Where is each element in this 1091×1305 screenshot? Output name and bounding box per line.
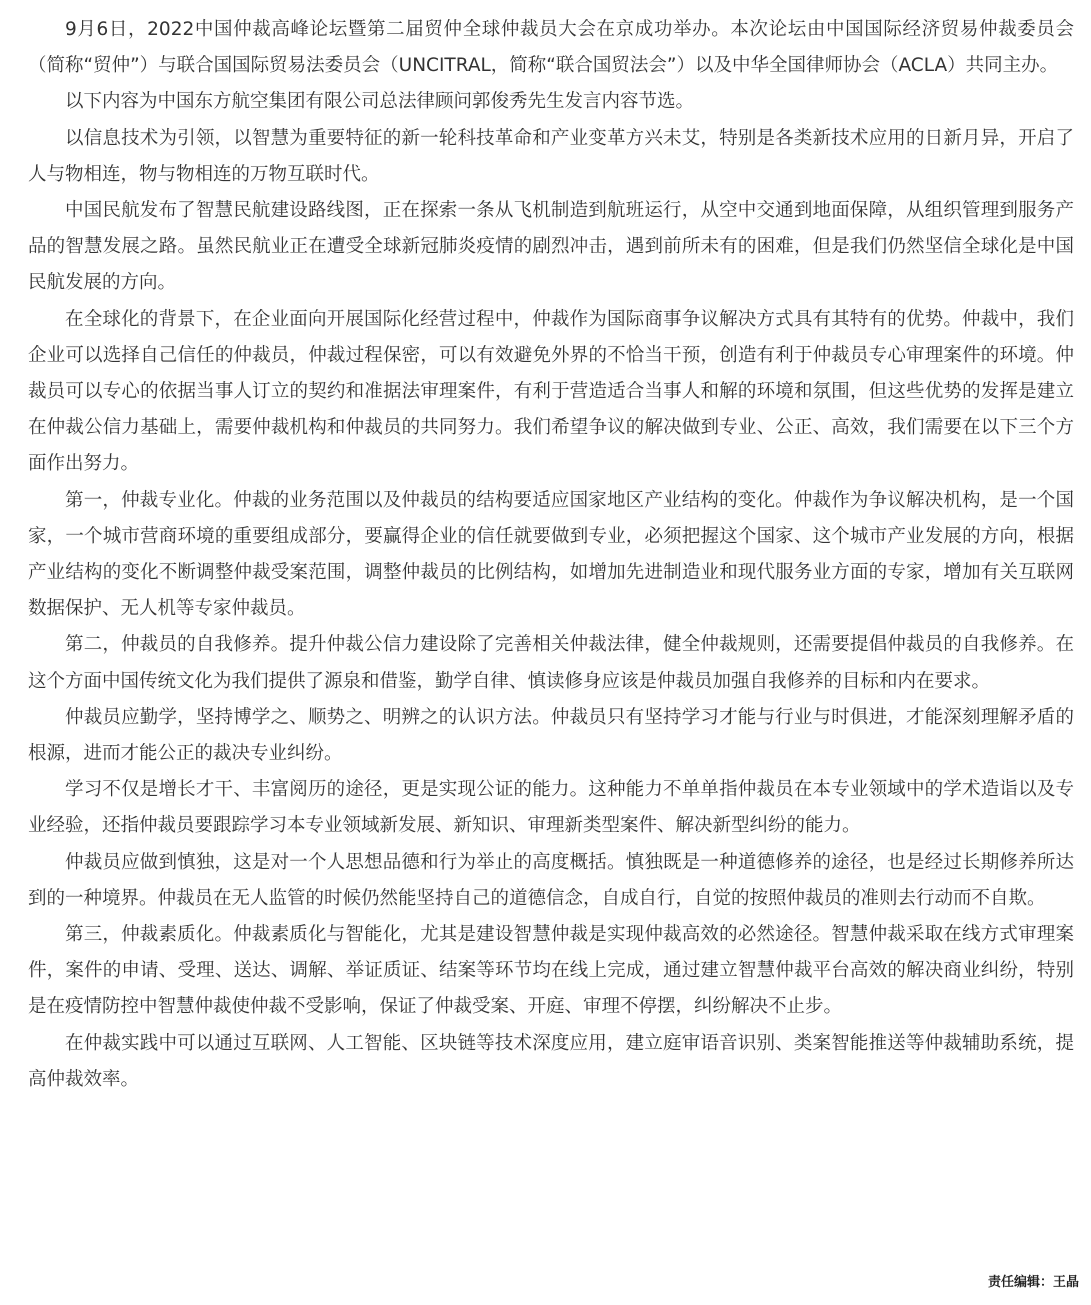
article-body: 9月6日，2022中国仲裁高峰论坛暨第二届贸仲全球仲裁员大会在京成功举办。本次论…	[28, 12, 1074, 1098]
paragraph-self-discipline: 仲裁员应做到慎独，这是对一个人思想品德和行为举止的高度概括。慎独既是一种道德修养…	[28, 845, 1074, 917]
paragraph-learning-ability: 学习不仅是增长才干、丰富阅历的途径，更是实现公证的能力。这种能力不单单指仲裁员在…	[28, 772, 1074, 844]
paragraph-point-two-self-cultivation: 第二，仲裁员的自我修养。提升仲裁公信力建设除了完善相关仲裁法律，健全仲裁规则，还…	[28, 627, 1074, 699]
paragraph-intro: 9月6日，2022中国仲裁高峰论坛暨第二届贸仲全球仲裁员大会在京成功举办。本次论…	[28, 12, 1074, 84]
paragraph-point-one-professionalism: 第一，仲裁专业化。仲裁的业务范围以及仲裁员的结构要适应国家地区产业结构的变化。仲…	[28, 483, 1074, 628]
editor-credit: 责任编辑：王晶	[988, 1274, 1079, 1292]
paragraph-speaker-note: 以下内容为中国东方航空集团有限公司总法律顾问郭俊秀先生发言内容节选。	[28, 84, 1074, 120]
paragraph-arbitration-advantages: 在全球化的背景下，在企业面向开展国际化经营过程中，仲裁作为国际商事争议解决方式具…	[28, 302, 1074, 483]
paragraph-civil-aviation: 中国民航发布了智慧民航建设路线图，正在探索一条从飞机制造到航班运行，从空中交通到…	[28, 193, 1074, 302]
paragraph-tech-revolution: 以信息技术为引领，以智慧为重要特征的新一轮科技革命和产业变革方兴未艾，特别是各类…	[28, 121, 1074, 193]
paragraph-technology-application: 在仲裁实践中可以通过互联网、人工智能、区块链等技术深度应用，建立庭审语音识别、类…	[28, 1026, 1074, 1098]
paragraph-point-three-smart-arbitration: 第三，仲裁素质化。仲裁素质化与智能化，尤其是建设智慧仲裁是实现仲裁高效的必然途径…	[28, 917, 1074, 1026]
paragraph-diligent-study: 仲裁员应勤学，坚持博学之、顺势之、明辨之的认识方法。仲裁员只有坚持学习才能与行业…	[28, 700, 1074, 772]
